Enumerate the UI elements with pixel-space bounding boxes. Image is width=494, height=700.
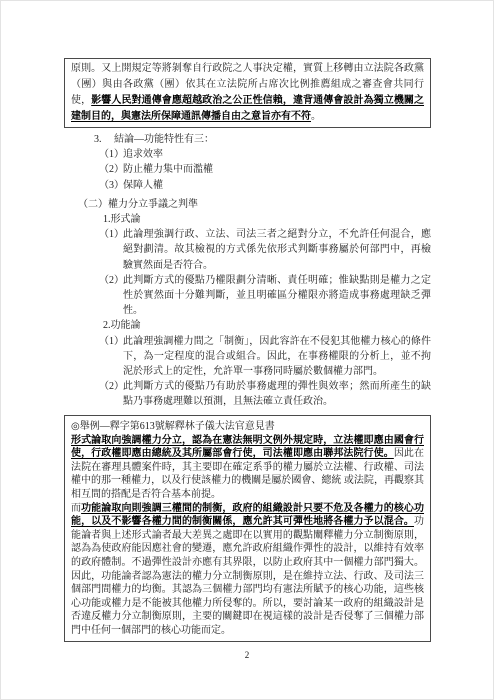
outline-item-text: 此判斷方式的優點乃權限劃分清晰、責任明確；惟缺點則是權力之定性於實然面十分難判斷… (123, 275, 431, 316)
functionalism-lead-text: 而 (71, 503, 81, 514)
outline-item: （1）此論理強調行政、立法、司法三者之絕對分立，不允許任何混合，應絕對劃清。故其… (64, 227, 431, 273)
outline-item-text: 此判斷方式的優點乃有助於事務處理的彈性與效率；然而所產生的缺點乃事務處理難以預測… (123, 381, 431, 407)
outline-item-text: 防止權力集中而濫權 (123, 164, 213, 175)
example-box-title: ◎舉例—釋字第613號解釋林子儀大法官意見書 (71, 419, 424, 434)
outline-item-marker: （1） (99, 334, 124, 349)
example-paragraph-formalism: 形式論取向強調權力分立，認為在憲法無明文例外規定時，立法權即應由國會行使，行政權… (71, 434, 424, 502)
outline-item-text: 此論理強調權力間之「制衡」，因此容許在不侵犯其他權力核心的條件下，為一定程度的混… (123, 336, 431, 377)
outline-item-marker: 2. (103, 320, 111, 331)
page-number: 2 (1, 650, 493, 660)
outline-section-heading: （二）權力分立爭議之判準 (64, 197, 431, 212)
quote-text-emphasized: 影響人民對通傳會應超越政治之公正性信賴，違背通傳會設計為獨立機關之建制目的，與憲… (71, 95, 424, 122)
outline-item-marker: （3） (99, 178, 124, 193)
outline-item: 2.功能論 (64, 318, 431, 333)
outline-item: （2）此判斷方式的優點乃有助於事務處理的彈性與效率；然而所產生的缺點乃事務處理難… (64, 379, 431, 409)
quote-box: 原則。又上開規定等將剝奪自行政院之人事決定權，實質上移轉由立法院各政黨（團）與由… (64, 58, 431, 128)
outline-item-marker: （2） (99, 273, 124, 288)
outline-item-text: 權力分立爭議之判準 (108, 199, 198, 210)
outline-item-text: 功能論 (111, 320, 141, 331)
outline-item-marker: （1） (99, 147, 124, 162)
outline-item: （3）保障人權 (64, 178, 431, 193)
outline-item-marker: 1. (103, 214, 111, 225)
outline-item: （1）追求效率 (64, 147, 431, 162)
outline-item-text: 形式論 (111, 214, 141, 225)
outline-item-marker: （2） (99, 379, 124, 394)
outline-section: 3.結論—功能特性有三： （1）追求效率 （2）防止權力集中而濫權 （3）保障人… (64, 132, 431, 410)
outline-item-marker: （二） (78, 199, 108, 210)
quote-text-normal-end: 。 (311, 111, 321, 122)
functionalism-normal-text: 功能論者與上述形式論者最大差異之處即在以實用的觀點闡釋權力分立制衡原則，認為為使… (71, 516, 424, 636)
outline-item-marker: 3. (94, 132, 102, 147)
outline-item: 1.形式論 (64, 212, 431, 227)
outline-item-marker: （1） (99, 227, 124, 242)
formalism-emphasized-text: 形式論取向強調權力分立，認為在憲法無明文例外規定時，立法權即應由國會行使，行政權… (71, 435, 424, 460)
outline-item-text: 結論—功能特性有三： (114, 134, 214, 145)
outline-item-text: 保障人權 (123, 180, 163, 191)
example-box: ◎舉例—釋字第613號解釋林子儀大法官意見書 形式論取向強調權力分立，認為在憲法… (64, 415, 431, 642)
example-paragraph-functionalism: 而功能論取向則強調三權間的制衡，政府的組織設計只要不危及各權力的核心功能，以及不… (71, 502, 424, 638)
outline-item: 3.結論—功能特性有三： (64, 132, 431, 147)
functionalism-emphasized-text: 功能論取向則強調三權間的制衡，政府的組織設計只要不危及各權力的核心功能，以及不影… (71, 503, 424, 528)
outline-item-marker: （2） (99, 162, 124, 177)
outline-item-text: 此論理強調行政、立法、司法三者之絕對分立，不允許任何混合，應絕對劃清。故其檢視的… (123, 229, 431, 270)
outline-item-text: 追求效率 (123, 149, 163, 160)
outline-item: （1）此論理強調權力間之「制衡」，因此容許在不侵犯其他權力核心的條件下，為一定程… (64, 334, 431, 380)
outline-item: （2）此判斷方式的優點乃權限劃分清晰、責任明確；惟缺點則是權力之定性於實然面十分… (64, 273, 431, 319)
document-page: 原則。又上開規定等將剝奪自行政院之人事決定權，實質上移轉由立法院各政黨（團）與由… (0, 0, 494, 700)
outline-item: （2）防止權力集中而濫權 (64, 162, 431, 177)
